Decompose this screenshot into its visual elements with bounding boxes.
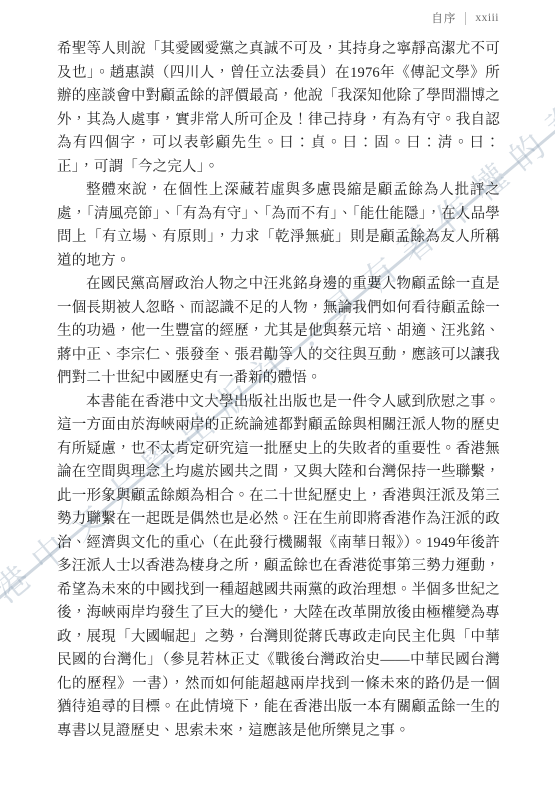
body-text: 希聖等人則說「其愛國愛黨之真誠不可及，其持身之寧靜高潔尤不可及也」。趙惠謨（四川…: [57, 38, 500, 743]
section-title: 自序: [431, 10, 456, 26]
book-page: 香港中文大學出版社：具有著作權的資料 自序 xxiii 希聖等人則說「其愛國愛黨…: [0, 0, 555, 800]
page-number: xxiii: [475, 12, 499, 24]
header-divider: [465, 12, 466, 25]
paragraph: 整體來說，在個性上深藏若虛與多慮畏縮是顧孟餘為人批評之處，「清風亮節」、「有為有…: [57, 179, 500, 273]
paragraph: 在國民黨高層政治人物之中汪兆銘身邊的重要人物顧孟餘一直是一個長期被人忽略、而認識…: [57, 273, 500, 391]
paragraph: 本書能在香港中文大學出版社出版也是一件令人感到欣慰之事。這一方面由於海峽兩岸的正…: [57, 391, 500, 744]
paragraph: 希聖等人則說「其愛國愛黨之真誠不可及，其持身之寧靜高潔尤不可及也」。趙惠謨（四川…: [57, 38, 500, 179]
running-header: 自序 xxiii: [57, 10, 499, 26]
